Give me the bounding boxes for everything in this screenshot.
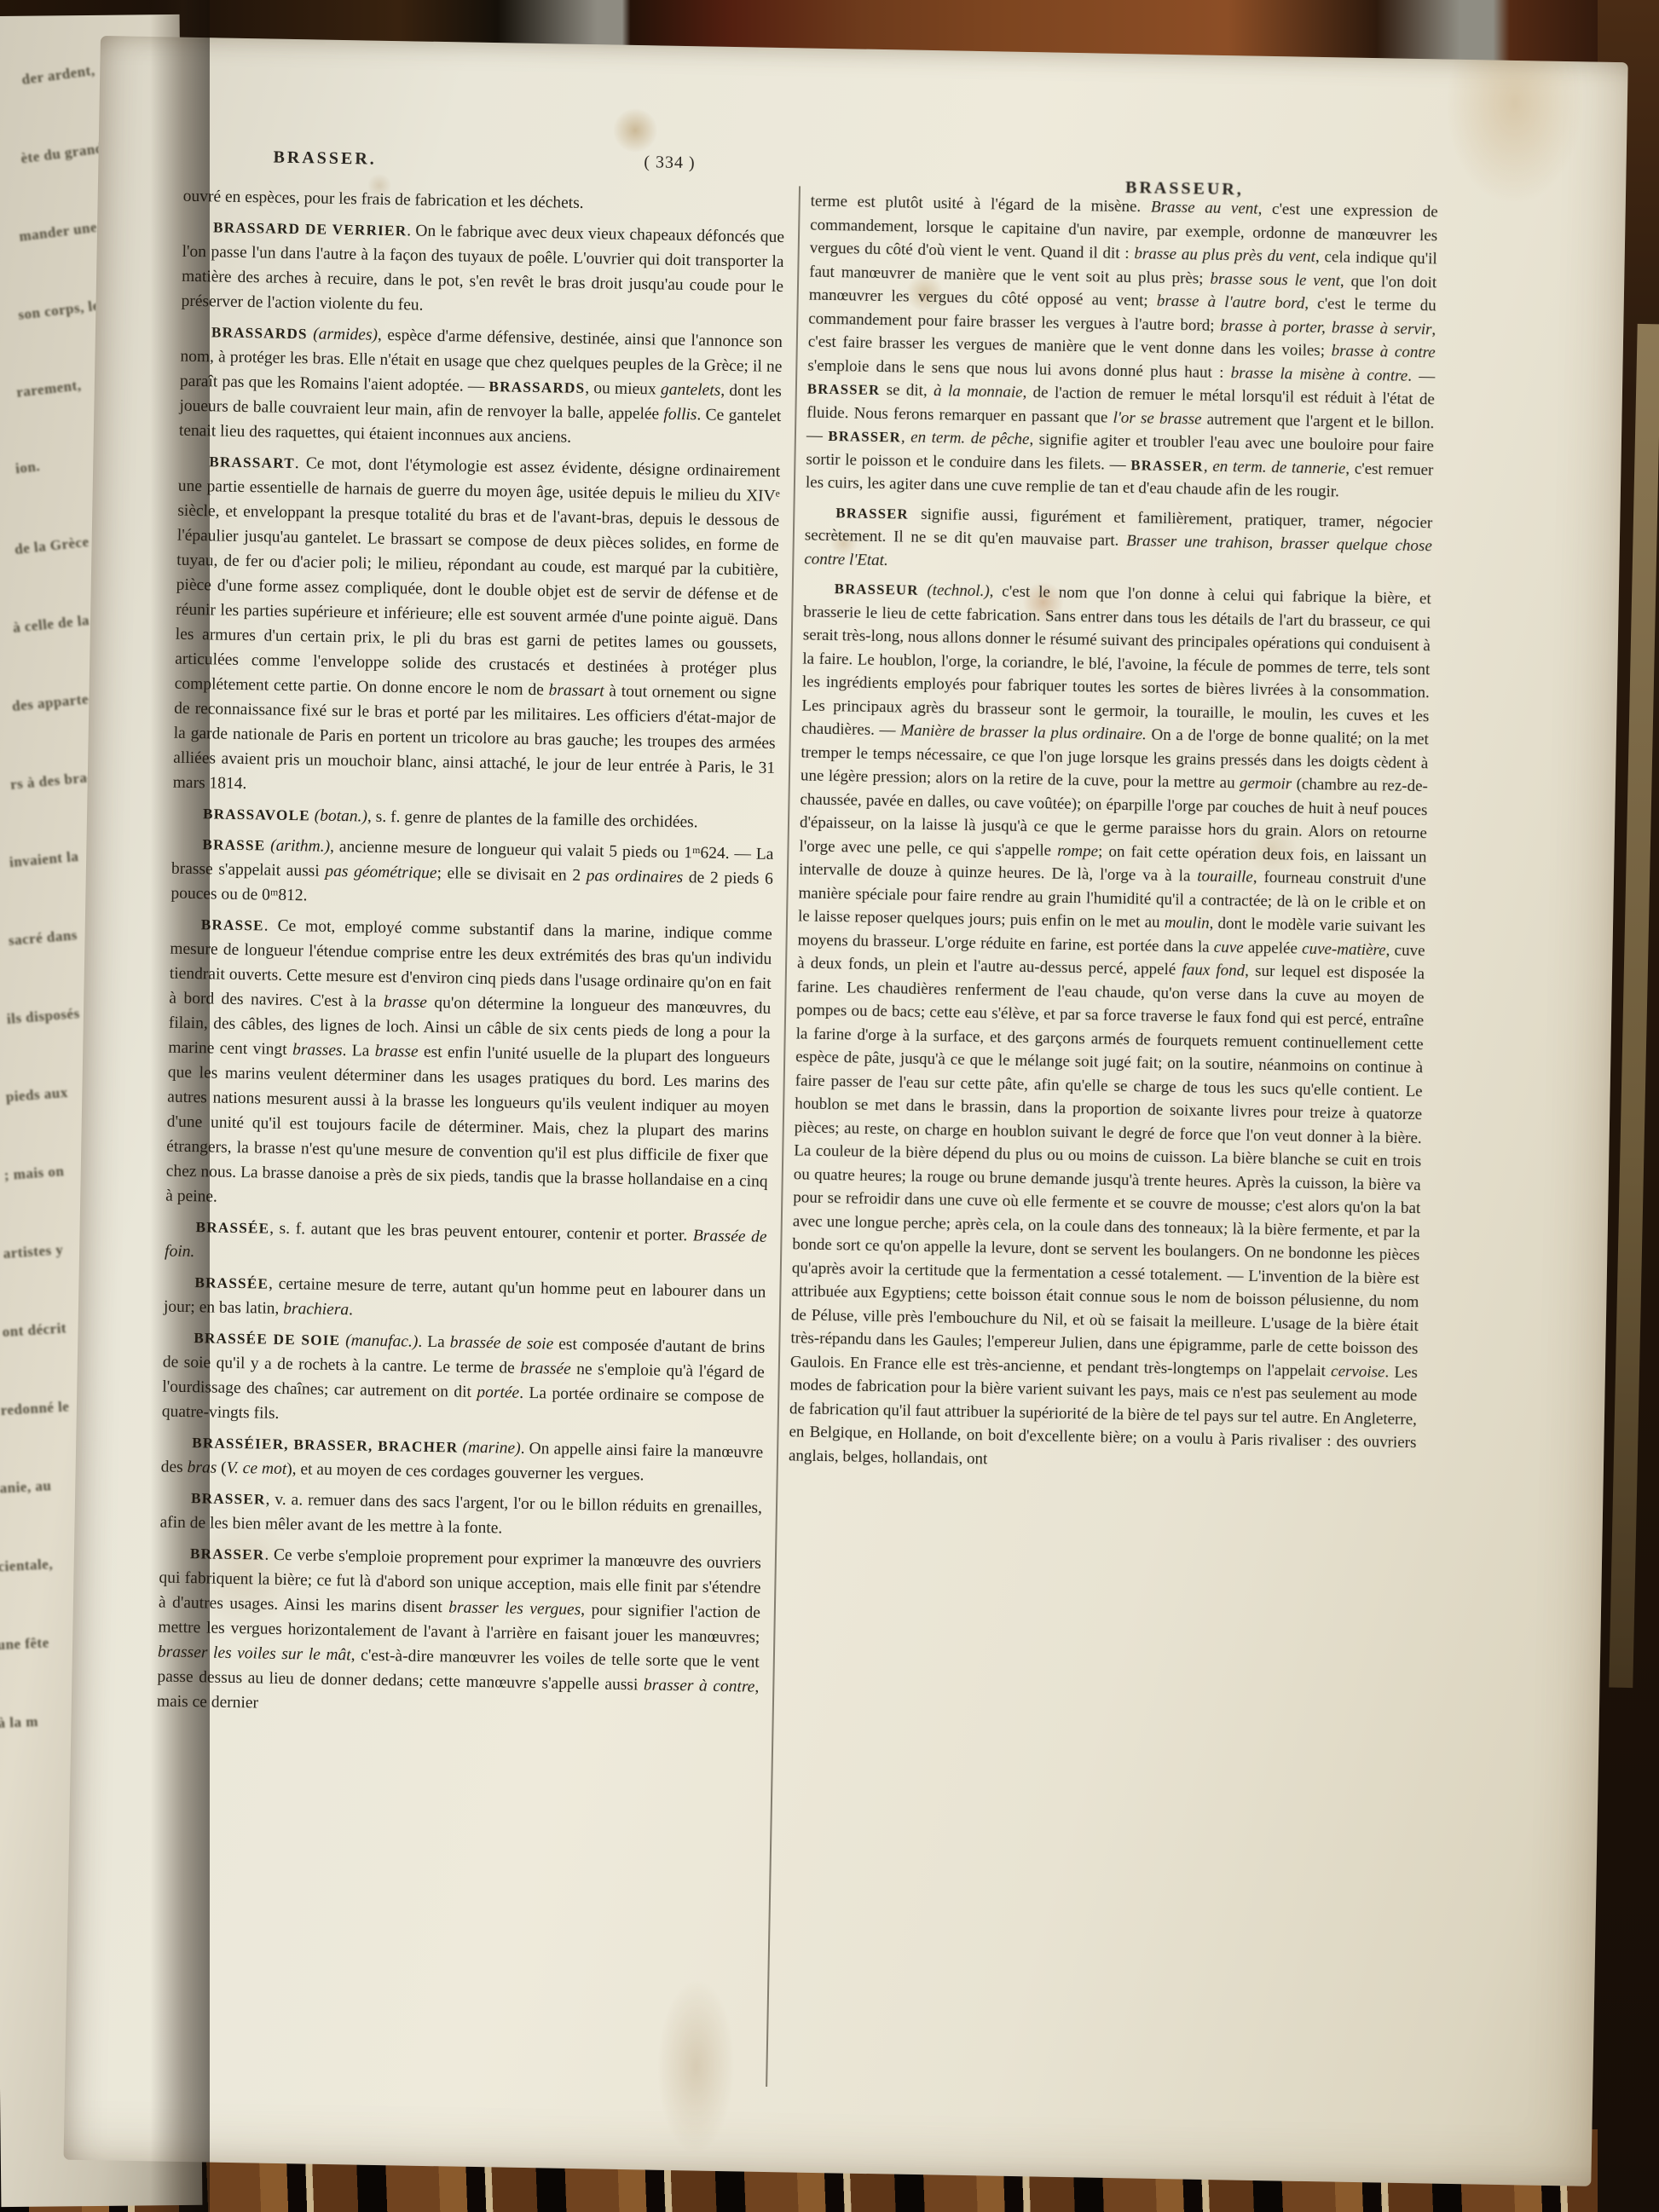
entry-text: portée xyxy=(477,1383,519,1402)
facing-page-text-fragment: ils disposés xyxy=(6,1005,80,1028)
entry-paragraph: BRASSE. Ce mot, employé comme substantif… xyxy=(165,912,772,1219)
entry-text: . La xyxy=(342,1042,375,1060)
entry-paragraph: BRASSER signifie aussi, figurément et fa… xyxy=(804,500,1432,581)
entry-text: brassée xyxy=(520,1360,571,1378)
entry-text: , sur lequel est disposée la farine. Les… xyxy=(790,962,1425,1380)
facing-page-text-fragment: ; mais on xyxy=(4,1163,66,1184)
entry-text: brassée de soie xyxy=(450,1333,554,1353)
entry-paragraph: BRASSART. Ce mot, dont l'étymologie est … xyxy=(172,449,780,806)
entry-text: brassart xyxy=(548,681,604,700)
entry-paragraph: terme est plutôt usité à l'égard de la m… xyxy=(806,190,1438,505)
right-text-column: terme est plutôt usité à l'égard de la m… xyxy=(789,190,1438,1485)
entry-text: touraille xyxy=(1197,868,1253,887)
entry-text: gantelets xyxy=(661,381,721,400)
entry-headword: BRASSÉE xyxy=(194,1274,269,1292)
entry-paragraph: BRASSÉE DE SOIE (manufac.). La brassée d… xyxy=(162,1325,766,1435)
entry-headword: BRASSART xyxy=(209,453,295,471)
facing-page-text-fragment: mander une xyxy=(19,219,99,245)
entry-headword: BRASSE xyxy=(202,836,265,853)
entry-text: ; elle se divisait en 2 xyxy=(436,864,587,885)
entry-text: , s. f. genre de plantes de la famille d… xyxy=(367,808,698,832)
entry-text: faux fond xyxy=(1182,961,1245,979)
facing-page-text-fragment: son corps, le xyxy=(17,297,100,324)
entry-headword: BRASSÉE xyxy=(195,1219,269,1237)
entry-text: cervoise xyxy=(1331,1362,1385,1381)
entry-text: cuve-matière xyxy=(1302,939,1386,959)
entry-text: . xyxy=(349,1301,353,1319)
entry-text: V. ce mot xyxy=(226,1459,286,1478)
entry-text: brachiera xyxy=(283,1300,349,1319)
facing-page-text-fragment: invaient la xyxy=(9,848,79,871)
entry-text: (arithm.) xyxy=(265,837,330,856)
entry-text: germoir xyxy=(1240,774,1292,793)
facing-page-text-fragment: cientale, xyxy=(0,1556,54,1575)
facing-page-text-fragment: rarement, xyxy=(16,377,83,401)
entry-text: cuve xyxy=(1214,938,1244,956)
entry-text: terme est plutôt usité à l'égard de la m… xyxy=(811,193,1152,217)
entry-text: (botan.) xyxy=(310,806,368,825)
entry-headword: BRASSARDS xyxy=(211,324,308,342)
entry-headword: BRASSÉE DE SOIE xyxy=(194,1330,340,1349)
facing-page-text-fragment: ont décrit xyxy=(2,1320,66,1341)
entry-text: brasse xyxy=(375,1042,419,1061)
entry-text: brasse à porter, brasse à servir xyxy=(1220,316,1431,338)
entry-text: à tout ornement ou signe de reconnaissan… xyxy=(173,682,777,793)
entry-headword: BRASSER xyxy=(828,428,901,445)
entry-text: brasser les vergues xyxy=(448,1598,581,1619)
entry-paragraph: BRASSÉIER, BRASSER, BRACHER (marine). On… xyxy=(160,1429,763,1489)
entry-paragraph: BRASSARDS (armides), espèce d'arme défen… xyxy=(179,320,783,453)
entry-headword: BRASSER xyxy=(835,505,909,522)
entry-paragraph: BRASSER. Ce verbe s'emploie proprement p… xyxy=(157,1540,761,1724)
facing-page-text-fragment: à celle de la xyxy=(12,612,90,637)
entry-text: , en term. de tannerie xyxy=(1204,457,1346,477)
entry-text: ), et au moyen de ces cordages gouverner… xyxy=(286,1460,645,1484)
entry-paragraph: BRASSER, v. a. remuer dans des sacs l'ar… xyxy=(159,1485,762,1545)
entry-text: (technol.) xyxy=(918,581,990,600)
facing-page-text-fragment: des apparte- xyxy=(11,690,95,715)
entry-paragraph: ouvré en espèces, pour les frais de fabr… xyxy=(182,184,784,219)
left-text-column: ouvré en espèces, pour les frais de fabr… xyxy=(157,184,785,1730)
entry-text: Brasse au vent xyxy=(1151,199,1258,218)
entry-paragraph: BRASSÉE, certaine mesure de terre, autan… xyxy=(164,1270,766,1330)
facing-page-text-fragment: sacré dans xyxy=(8,927,78,950)
entry-text: ( xyxy=(217,1459,227,1477)
entry-text: brasse xyxy=(384,993,427,1012)
entry-text: , ou mieux xyxy=(585,379,661,399)
entry-text: brasse à l'autre bord xyxy=(1157,292,1305,313)
entry-text: , c'est le nom que l'on donne à celui qu… xyxy=(801,582,1431,739)
entry-text: (armides) xyxy=(308,325,379,344)
entry-paragraph: BRASSARD DE VERRIER. On le fabrique avec… xyxy=(181,215,784,324)
entry-text: brasses xyxy=(292,1041,343,1060)
book-photo: { "colors": { "paper": "#e9e6d8", "ink":… xyxy=(0,0,1659,2212)
entry-paragraph: BRASSÉE, s. f. autant que les bras peuve… xyxy=(165,1215,767,1274)
facing-page-text-fragment: der ardent, xyxy=(20,62,95,89)
page-number: ( 334 ) xyxy=(584,152,754,174)
entry-headword: BRASSER xyxy=(190,1545,265,1563)
entry-paragraph: BRASSE (arithm.), ancienne mesure de lon… xyxy=(171,832,773,916)
entry-text: à la monnaie xyxy=(934,382,1023,401)
entry-text: (marine) xyxy=(458,1439,521,1458)
entry-text: brasser les voiles sur le mât xyxy=(158,1643,351,1664)
facing-page-text-fragment: ion. xyxy=(14,458,41,477)
entry-paragraph: BRASSAVOLE (botan.), s. f. genre de plan… xyxy=(172,801,774,836)
entry-text: . — xyxy=(1408,367,1435,385)
entry-text: pas géométrique xyxy=(325,863,437,882)
entry-text: bras xyxy=(187,1458,217,1477)
entry-text: . Ce mot, dont l'étymologie est assez év… xyxy=(175,454,781,699)
entry-text: est enfin l'unité usuelle de la plupart … xyxy=(165,1043,770,1206)
facing-page-text-fragment: ète du grand xyxy=(20,140,104,167)
entry-text: follis xyxy=(663,406,697,424)
entry-text: brasse à contre xyxy=(1331,342,1436,361)
facing-page-text-fragment: artistes y xyxy=(3,1241,64,1262)
entry-text: se dit, xyxy=(880,381,934,400)
entry-text: brasser à contre xyxy=(644,1676,755,1695)
entry-text: brasse sous le vent xyxy=(1210,269,1340,290)
dictionary-page: BRASSER. ( 334 ) BRASSEUR, ouvré en espè… xyxy=(64,36,1628,2186)
entry-text: brasse la misène à contre xyxy=(1231,364,1408,385)
entry-text: moulin xyxy=(1165,914,1210,933)
running-head-left: BRASSER. xyxy=(273,148,377,170)
entry-text: brasse au plus près du vent xyxy=(1134,245,1315,266)
entry-text: , en term. de pêche xyxy=(901,428,1030,448)
facing-page-text-fragment: de la Grèce xyxy=(14,534,90,558)
entry-headword: BRASSER xyxy=(807,381,881,398)
facing-page-text-fragment: redonné le xyxy=(0,1398,70,1419)
entry-text: pas ordinaires xyxy=(587,867,684,887)
entry-headword: BRASSEUR xyxy=(835,580,919,598)
entry-headword: BRASSER xyxy=(191,1490,266,1508)
facing-page-text-fragment: une fête xyxy=(0,1634,49,1654)
entry-text: appelée xyxy=(1243,939,1302,957)
facing-page-text-fragment: anie, au xyxy=(0,1477,52,1497)
entry-text: (manufac.) xyxy=(340,1331,418,1351)
entry-headword: BRASSARDS xyxy=(488,378,585,396)
entry-text: Manière de brasser la plus ordinaire. xyxy=(900,722,1147,744)
entry-paragraph: BRASSEUR (technol.), c'est le nom que l'… xyxy=(789,576,1431,1478)
entry-text: l'or se brasse xyxy=(1113,408,1201,428)
entry-text: rompe xyxy=(1057,841,1098,860)
entry-headword: BRASSAVOLE xyxy=(203,806,310,823)
facing-page-text-fragment: rs à des bra- xyxy=(10,769,94,794)
entry-text: . La xyxy=(418,1333,450,1352)
facing-page-text-fragment: à la m xyxy=(0,1713,38,1732)
entry-headword: BRASSÉIER, BRASSER, BRACHER xyxy=(192,1435,458,1455)
entry-headword: BRASSER xyxy=(1130,457,1204,474)
entry-headword: BRASSE xyxy=(201,916,264,933)
entry-text: ouvré en espèces, pour les frais de fabr… xyxy=(183,188,584,212)
entry-headword: BRASSARD DE VERRIER xyxy=(213,219,408,239)
entry-text: , s. f. autant que les bras peuvent ento… xyxy=(269,1220,693,1245)
entry-text: s'emploie dans le sens que nous lui avon… xyxy=(807,356,1231,382)
facing-page-text-fragment: pieds aux xyxy=(5,1084,68,1106)
